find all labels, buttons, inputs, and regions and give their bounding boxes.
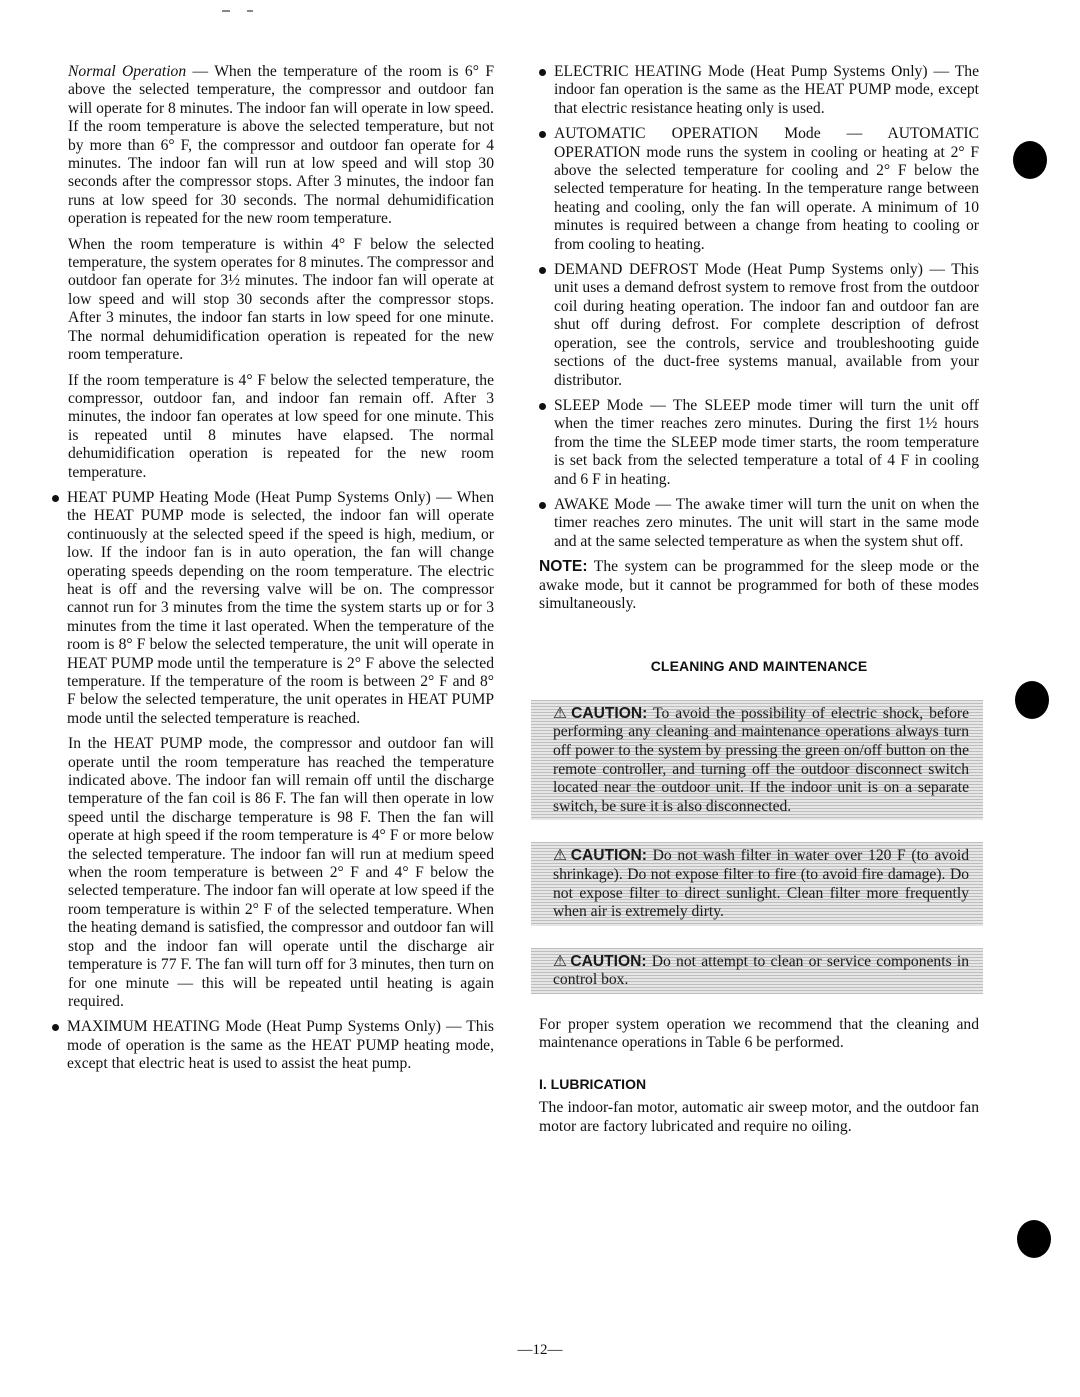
normal-operation-paragraph: Normal Operation — When the temperature … [68, 63, 494, 229]
heat-pump-operation-paragraph: In the HEAT PUMP mode, the compressor an… [68, 735, 494, 1011]
scan-artifact [222, 10, 230, 12]
below-4-degrees-paragraph: If the room temperature is 4° F below th… [68, 372, 494, 482]
note-paragraph: NOTE: The system can be programmed for t… [539, 558, 979, 613]
left-column: Normal Operation — When the temperature … [68, 63, 494, 1081]
caution-label: ⚠CAUTION: [553, 953, 647, 970]
automatic-operation-mode-bullet: AUTOMATIC OPERATION Mode — AUTOMATIC OPE… [539, 125, 979, 254]
normal-operation-lead: Normal Operation [68, 63, 186, 80]
recommendation-paragraph: For proper system operation we recommend… [539, 1016, 979, 1053]
demand-defrost-mode-bullet: DEMAND DEFROST Mode (Heat Pump Systems o… [539, 261, 979, 390]
electric-heating-mode-bullet: ELECTRIC HEATING Mode (Heat Pump Systems… [539, 63, 979, 118]
scan-artifact [247, 10, 253, 12]
maximum-heating-mode-bullet: MAXIMUM HEATING Mode (Heat Pump Systems … [52, 1018, 494, 1073]
warning-triangle-icon: ⚠ [553, 704, 569, 722]
within-4-degrees-paragraph: When the room temperature is within 4° F… [68, 236, 494, 365]
note-label: NOTE: [539, 558, 588, 575]
caution-label: ⚠CAUTION: [553, 847, 647, 864]
cleaning-maintenance-heading: CLEANING AND MAINTENANCE [539, 657, 979, 675]
warning-triangle-icon: ⚠ [553, 846, 569, 864]
normal-operation-text: — When the temperature of the room is 6°… [68, 63, 494, 227]
sleep-mode-bullet: SLEEP Mode — The SLEEP mode timer will t… [539, 397, 979, 489]
binder-hole-mark [1013, 141, 1047, 179]
note-text: The system can be programmed for the sle… [539, 558, 979, 612]
heat-pump-mode-bullet: HEAT PUMP Heating Mode (Heat Pump System… [52, 489, 494, 728]
caution-electric-shock-box: ⚠CAUTION: To avoid the possibility of el… [531, 700, 983, 821]
lubrication-heading: I. LUBRICATION [539, 1075, 979, 1093]
lubrication-paragraph: The indoor-fan motor, automatic air swee… [539, 1099, 979, 1136]
binder-hole-mark [1015, 681, 1049, 719]
binder-hole-mark [1017, 1220, 1051, 1258]
caution-filter-box: ⚠CAUTION: Do not wash filter in water ov… [531, 842, 983, 925]
awake-mode-bullet: AWAKE Mode — The awake timer will turn t… [539, 496, 979, 551]
page-number: —12— [0, 1342, 1080, 1359]
right-column: ELECTRIC HEATING Mode (Heat Pump Systems… [539, 63, 979, 1143]
warning-triangle-icon: ⚠ [553, 952, 568, 970]
caution-label: ⚠CAUTION: [553, 705, 647, 722]
caution-control-box: ⚠CAUTION: Do not attempt to clean or ser… [531, 948, 983, 994]
